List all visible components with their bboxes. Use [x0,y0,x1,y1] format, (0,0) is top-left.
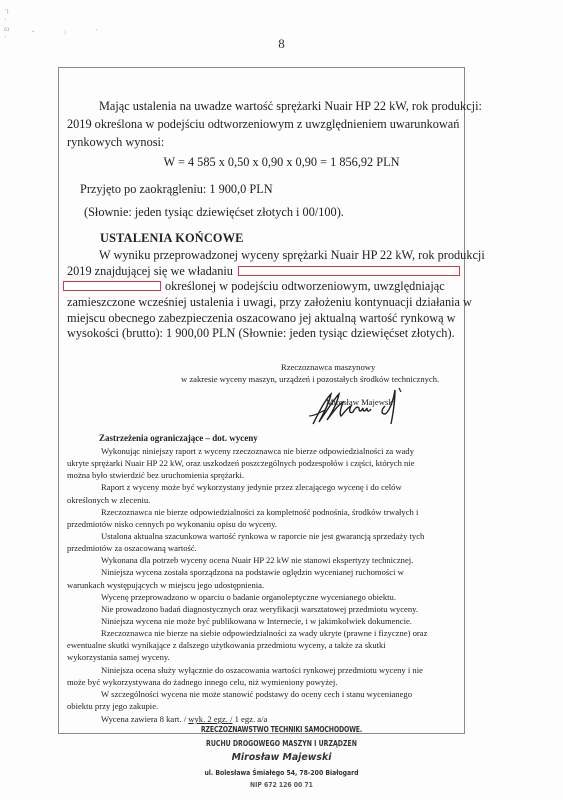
limitation-line: Niniejsza ocena służy wyłącznie do oszac… [101,665,423,675]
handwritten-signature-icon [305,382,405,428]
stamp-line-1: RZECZOZNAWSTWO TECHNIKI SAMOCHODOWE. [51,725,513,734]
stamp-line-2: RUCHU DROGOWEGO MASZYN I URZĄDZEŃ [51,739,513,748]
page-number: 8 [0,36,563,52]
copies-underlined: wyk. 2 egz. / [188,714,232,724]
limitation-line: Wykonując niniejszy raport z wyceny rzec… [101,446,414,456]
limitation-line: W szczególności wycena nie może stanowić… [101,689,412,699]
limitations-heading: Zastrzeżenia ograniczające – dot. wyceny [99,433,258,443]
final-findings-line-5: miejscu obecnego zabezpieczenia oszacowa… [67,311,456,326]
limitation-line: Rzeczoznawca nie bierze na siebie odpowi… [101,628,427,638]
stamp-address: ul. Bolesława Śmiałego 54, 78-200 Białog… [42,768,521,777]
stamp-owner-name: Mirosław Majewski [0,752,563,763]
limitation-line: przedmiotów za oszacowaną wartość. [67,543,197,553]
limitation-line: Raport z wyceny może być wykorzystany je… [101,482,402,492]
limitation-line: określonych w zleceniu. [67,495,150,505]
limitation-line: przedmiotów nisko cennych po wykonaniu o… [67,519,277,529]
final-findings-heading: USTALENIA KOŃCOWE [100,231,244,246]
final-findings-line-1: W wyniku przeprowadzonej wyceny sprężark… [99,248,485,263]
valuation-formula: W = 4 585 x 0,50 x 0,90 x 0,90 = 1 856,9… [0,155,563,170]
limitation-line: ewentualne skutki wynikające z dalszego … [67,640,386,650]
valuation-intro-line-1: Mając ustalenia na uwadze wartość spręża… [99,99,482,114]
final-findings-line-4: zamieszczone wcześniej ustalenia i uwagi… [67,295,472,310]
signature-title-line-1: Rzeczoznawca maszynowy [281,362,375,372]
valuation-rounded: Przyjęto po zaokrągleniu: 1 900,0 PLN [80,182,273,197]
limitation-line: może być wykorzystywana do żadnego inneg… [67,677,337,687]
final-findings-line-2: 2019 znajdującej się we władaniu [67,264,233,279]
limitation-line: można było stwierdzić bez uruchomienia s… [67,470,244,480]
final-findings-line-3: określonej w podejściu odtworzeniowym, u… [165,279,445,294]
copies-prefix: Wycena zawiera 8 kart. / [101,714,188,724]
scan-artifact: • ı ′ [32,28,111,36]
valuation-intro-line-3: rynkowych wynosi: [67,135,164,150]
limitation-line: Wycenę przeprowadzono w oparciu o badani… [101,592,396,602]
copies-suffix: 1 egz. a/a [232,714,267,724]
stamp-tax-id: NIP 672 126 00 71 [42,780,521,789]
redaction-box [238,266,460,276]
limitation-line: Niniejsza wycena nie może być publikowan… [101,616,412,626]
limitation-line: obiektu przy jego zakupie. [67,701,158,711]
limitation-line: wykorzystania samej wyceny. [67,652,170,662]
limitation-line: Wykonana dla potrzeb wyceny ocena Nuair … [101,555,413,565]
limitation-line: ukryte sprężarki Nuair HP 22 kW, oraz us… [67,458,415,468]
limitation-line: warunkach występujących w miejscu jego u… [67,580,264,590]
valuation-in-words: (Słownie: jeden tysiąc dziewięćset złoty… [84,205,344,220]
limitation-line: Ustalona aktualna szacunkowa wartość ryn… [101,531,424,541]
final-findings-line-6: wysokości (brutto): 1 900,00 PLN (Słowni… [67,326,455,341]
limitation-line: Niniejsza wycena została sporządzona na … [101,567,404,577]
redaction-box [63,281,161,291]
valuation-intro-line-2: 2019 określona w podejściu odtworzeniowy… [67,117,459,132]
limitation-line: Rzeczoznawca nie bierze odpowiedzialnośc… [101,507,418,517]
copies-line: Wycena zawiera 8 kart. / wyk. 2 egz. / 1… [101,714,267,724]
limitation-line: Nie prowadzono badań diagnostycznych ora… [101,604,418,614]
